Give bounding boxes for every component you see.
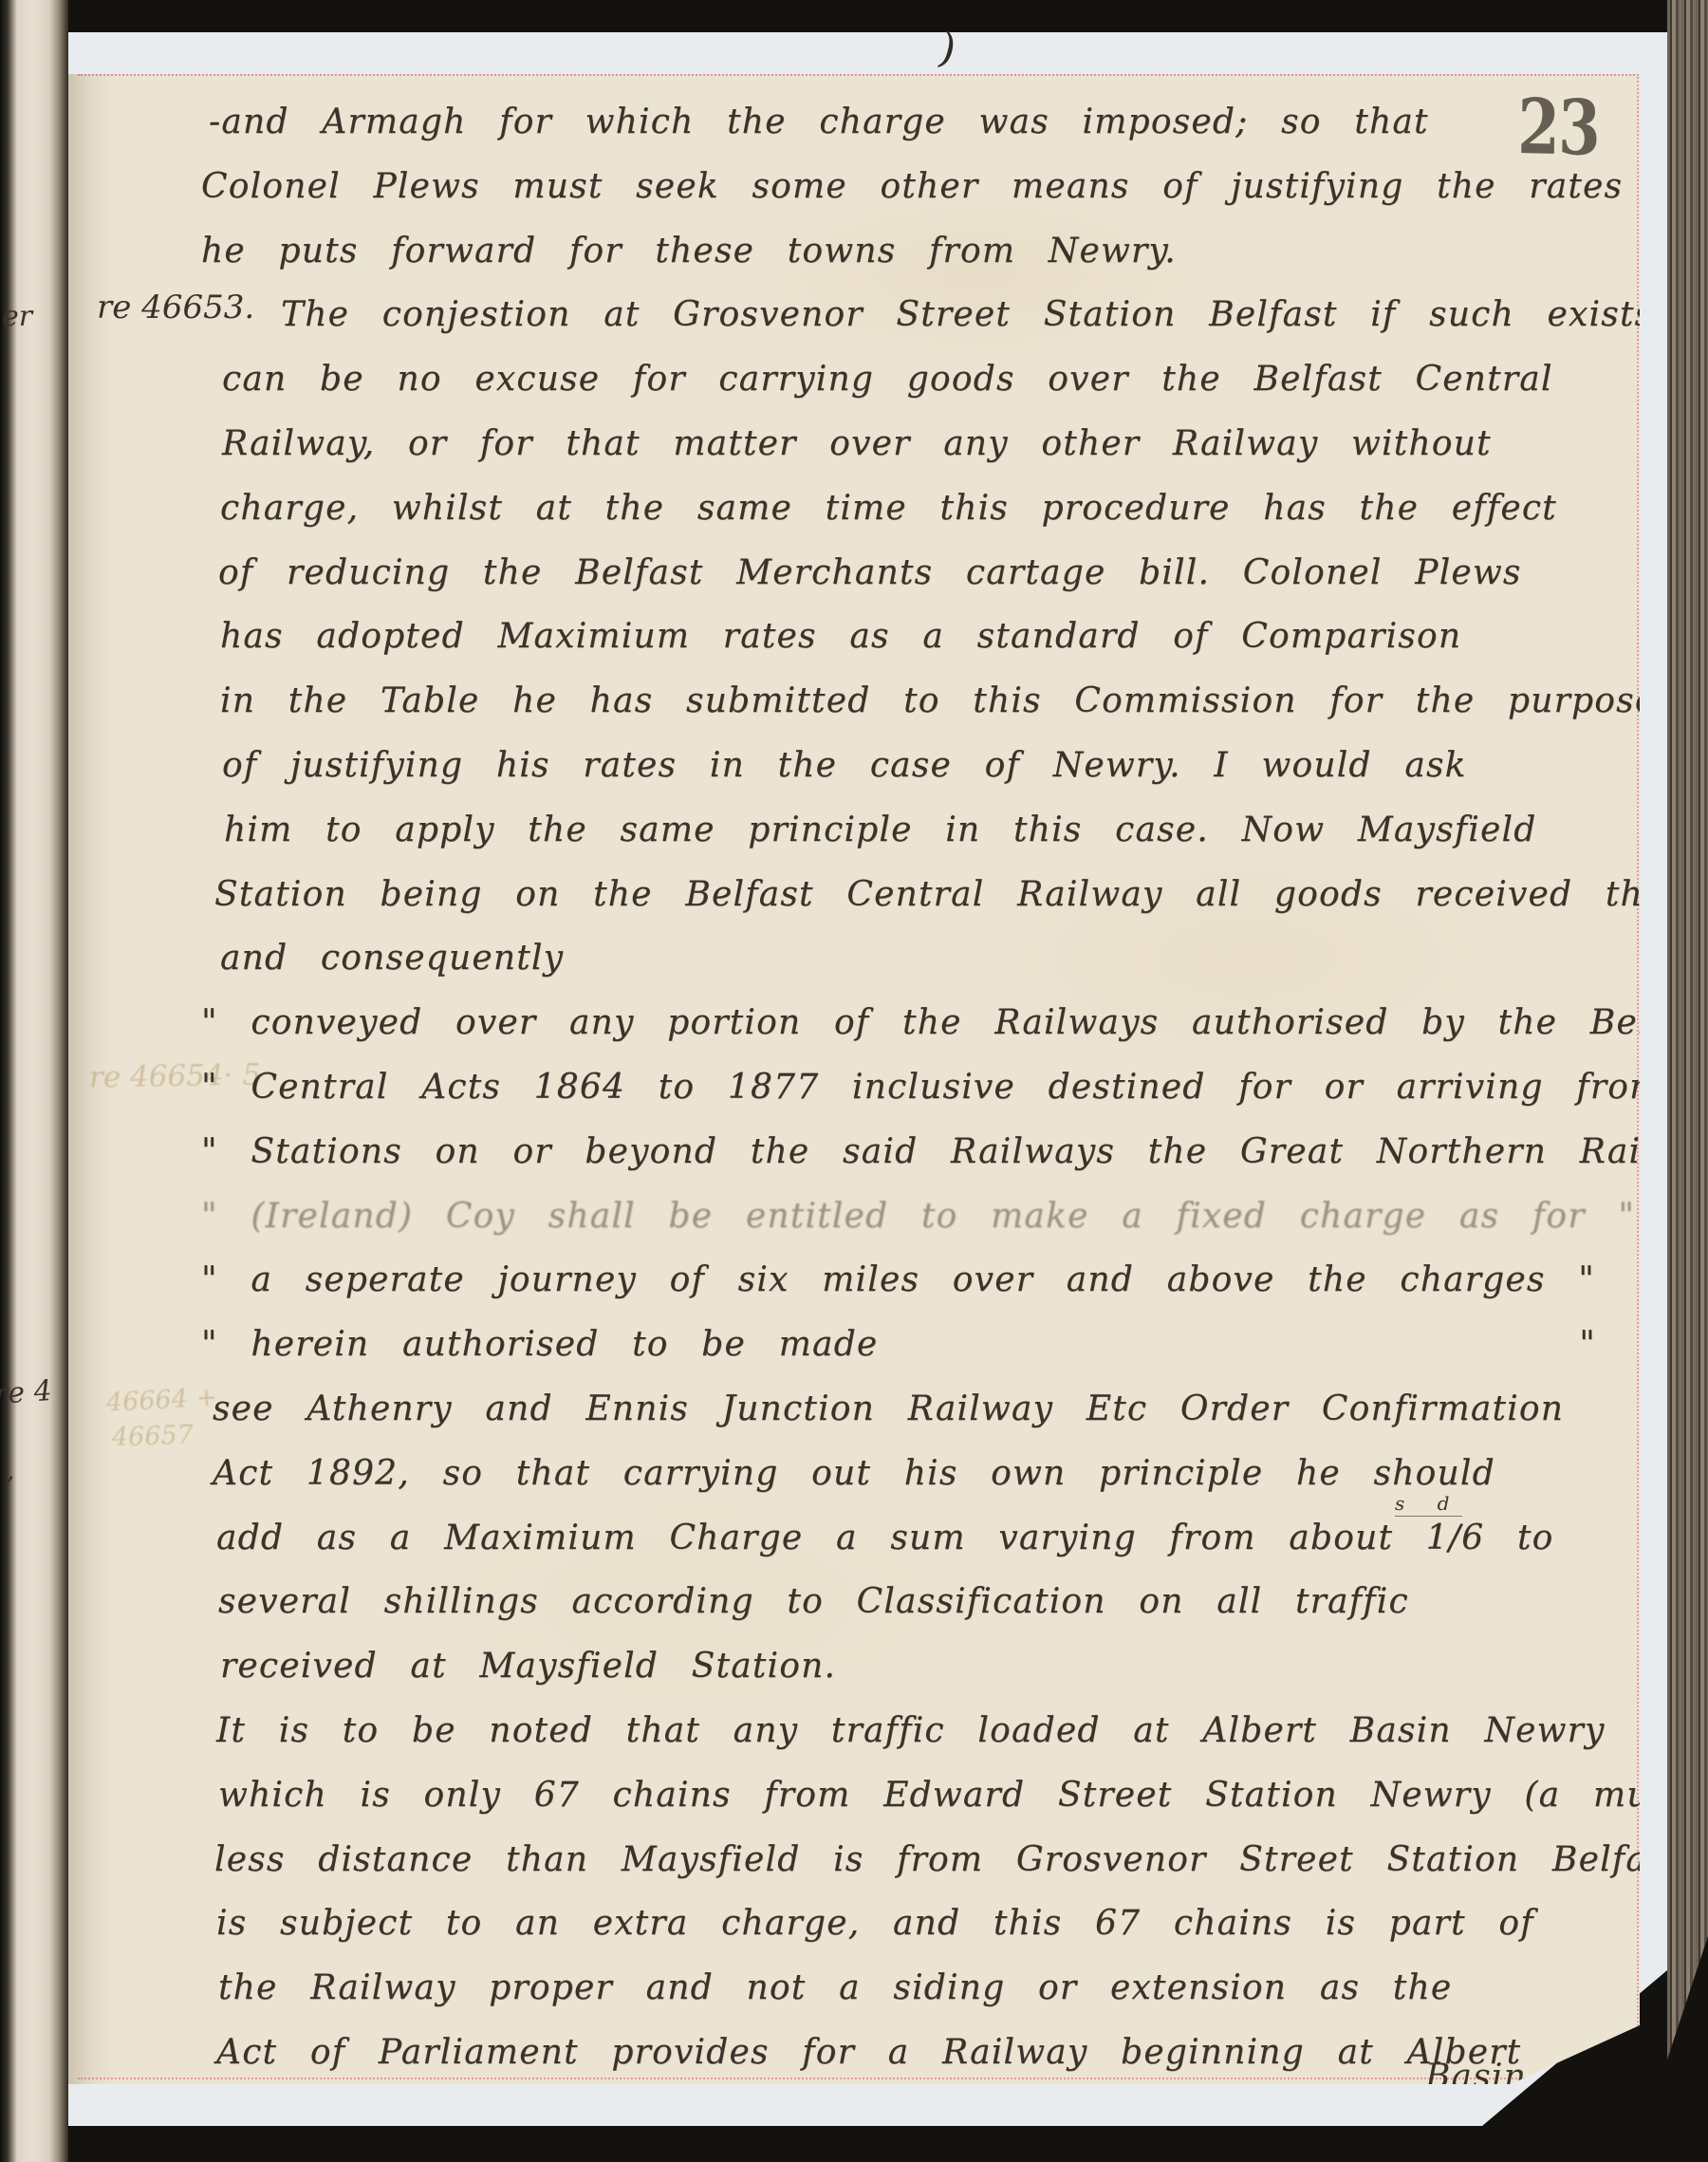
manuscript-text: -and Armagh for which the charge was imp… <box>201 90 1602 2084</box>
manuscript-line: in the Table he has submitted to this Co… <box>201 669 1602 734</box>
edge-text-fragment: re 4 <box>0 1374 53 1411</box>
manuscript-line-text: the Railway proper and not a siding or e… <box>218 1968 1452 2007</box>
manuscript-line-text: Colonel Plews must seek some other means… <box>201 167 1623 206</box>
manuscript-line-text: can be no excuse for carrying goods over… <box>222 360 1553 399</box>
manuscript-line: The conjestion at Grosvenor Street Stati… <box>201 283 1602 347</box>
manuscript-line: the Railway proper and not a siding or e… <box>201 1956 1602 2021</box>
manuscript-line: of reducing the Belfast Merchants cartag… <box>201 541 1602 606</box>
manuscript-line-text: and consequently <box>220 939 564 978</box>
manuscript-line-text: " Stations on or beyond the said Railway… <box>201 1132 1640 1171</box>
manuscript-line-text: -and Armagh for which the charge was imp… <box>209 103 1429 141</box>
edge-text-fragment: , <box>6 1454 15 1487</box>
manuscript-line-text: " herein authorised to be made <box>201 1325 878 1364</box>
manuscript-line-text: It is to be noted that any traffic loade… <box>216 1711 1606 1750</box>
manuscript-line: Act of Parliament provides for a Railway… <box>201 2021 1602 2084</box>
manuscript-line: " a seperate journey of six miles over a… <box>201 1248 1602 1313</box>
manuscript-line-text: of reducing the Belfast Merchants cartag… <box>218 553 1522 592</box>
manuscript-line: see Athenry and Ennis Junction Railway E… <box>201 1377 1602 1442</box>
manuscript-line-text: " conveyed over any portion of the Railw… <box>201 1003 1640 1042</box>
manuscript-line-text: charge, whilst at the same time this pro… <box>220 489 1557 528</box>
manuscript-line: " herein authorised to be made" <box>201 1313 1602 1377</box>
manuscript-line: Station being on the Belfast Central Rai… <box>201 863 1602 927</box>
manuscript-line-text: " (Ireland) Coy shall be entitled to mak… <box>201 1197 1635 1236</box>
manuscript-line: " Stations on or beyond the said Railway… <box>201 1120 1602 1184</box>
manuscript-line: can be no excuse for carrying goods over… <box>201 347 1602 412</box>
manuscript-line-text: The conjestion at Grosvenor Street Stati… <box>281 295 1640 334</box>
manuscript-line: several shillings according to Classific… <box>201 1570 1602 1634</box>
manuscript-line: less distance than Maysfield is from Gro… <box>201 1828 1602 1892</box>
manuscript-line-text: Act of Parliament provides for a Railway… <box>216 2033 1521 2072</box>
manuscript-line: charge, whilst at the same time this pro… <box>201 476 1602 541</box>
manuscript-line: received at Maysfield Station. <box>201 1634 1602 1699</box>
scanned-book-spread: ) er re 4 , 23 re 46653. re 46654· 5 466… <box>0 0 1708 2162</box>
partial-last-word: Basin <box>1425 2058 1527 2084</box>
ghost-margin-note: 46657 <box>111 1421 194 1453</box>
manuscript-line: add as a Maximium Charge a sum varying f… <box>201 1506 1602 1571</box>
manuscript-line-text: has adopted Maximium rates as a standard… <box>220 617 1461 656</box>
manuscript-line: has adopted Maximium rates as a standard… <box>201 605 1602 669</box>
manuscript-line-text: add as a Maximium Charge a sum varying f… <box>216 1519 1554 1557</box>
manuscript-line: he puts forward for these towns from New… <box>201 219 1602 284</box>
manuscript-line: is subject to an extra charge, and this … <box>201 1892 1602 1956</box>
manuscript-line-text: " Central Acts 1864 to 1877 inclusive de… <box>201 1068 1640 1107</box>
manuscript-line-text: less distance than Maysfield is from Gro… <box>214 1840 1640 1879</box>
manuscript-line: him to apply the same principle in this … <box>201 798 1602 863</box>
manuscript-line-text: Act 1892, so that carrying out his own p… <box>213 1454 1495 1493</box>
manuscript-line-text: several shillings according to Classific… <box>218 1582 1409 1621</box>
manuscript-line-text: him to apply the same principle in this … <box>224 811 1536 849</box>
manuscript-line: It is to be noted that any traffic loade… <box>201 1699 1602 1763</box>
manuscript-line-text: of justifying his rates in the case of N… <box>222 746 1467 785</box>
edge-text-fragment: er <box>2 300 32 333</box>
manuscript-line: which is only 67 chains from Edward Stre… <box>201 1763 1602 1828</box>
manuscript-line: and consequently <box>201 926 1602 991</box>
manuscript-line: " Central Acts 1864 to 1877 inclusive de… <box>201 1055 1602 1120</box>
manuscript-line-text: is subject to an extra charge, and this … <box>216 1904 1534 1943</box>
book-fore-edge <box>1667 0 1708 2059</box>
manuscript-line: Colonel Plews must seek some other means… <box>201 155 1602 219</box>
previous-page-fold: er re 4 , <box>0 0 68 2162</box>
manuscript-line-text: Railway, or for that matter over any oth… <box>222 424 1492 463</box>
manuscript-line-text: received at Maysfield Station. <box>220 1647 836 1686</box>
manuscript-line: " (Ireland) Coy shall be entitled to mak… <box>201 1184 1602 1249</box>
manuscript-line-text: in the Table he has submitted to this Co… <box>220 681 1640 720</box>
manuscript-line: Railway, or for that matter over any oth… <box>201 412 1602 476</box>
manuscript-line: of justifying his rates in the case of N… <box>201 734 1602 798</box>
manuscript-line-text: he puts forward for these towns from New… <box>201 232 1177 270</box>
manuscript-line: Act 1892, so that carrying out his own p… <box>201 1442 1602 1506</box>
trailing-quote-mark: " <box>1579 1313 1596 1377</box>
manuscript-line-text: " a seperate journey of six miles over a… <box>201 1260 1595 1299</box>
manuscript-line-text: which is only 67 chains from Edward Stre… <box>218 1776 1640 1815</box>
manuscript-line: " conveyed over any portion of the Railw… <box>201 991 1602 1055</box>
manuscript-line-text: Station being on the Belfast Central Rai… <box>214 875 1640 914</box>
manuscript-line: -and Armagh for which the charge was imp… <box>201 90 1602 155</box>
manuscript-page: 23 re 46653. re 46654· 5 46664 + 46657 s… <box>68 74 1640 2084</box>
manuscript-line-text: see Athenry and Ennis Junction Railway E… <box>213 1389 1564 1428</box>
